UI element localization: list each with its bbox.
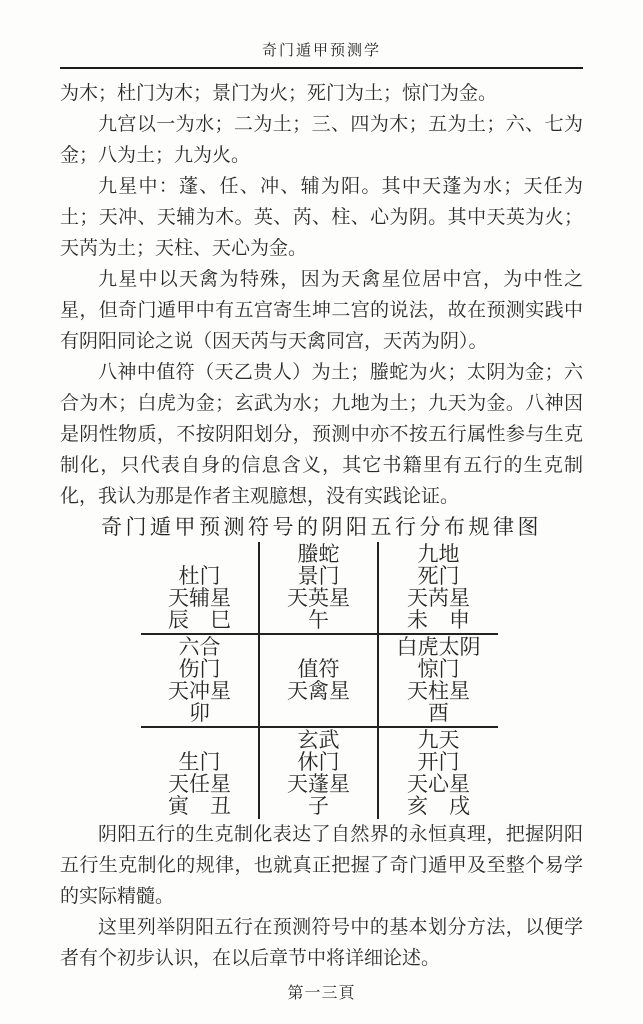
book-page: 奇门遁甲预测学 为木；杜门为木；景门为火；死门为土；惊门为金。 九宫以一为水；二… (0, 0, 643, 1024)
grid-line: 九地 (418, 543, 460, 565)
grid-line: 酉 (428, 702, 449, 724)
page-number: 第一三頁 (60, 980, 583, 1003)
grid-cell-northwest: 九天 开门 天心星 亥 戌 (379, 728, 498, 819)
grid-cell-center: 值符 天禽星 (260, 635, 379, 728)
grid-cell-west: 白虎太阴 惊门 天柱星 酉 (379, 635, 498, 728)
grid-line: 天心星 (407, 773, 470, 795)
grid-line: 午 (308, 609, 329, 631)
grid-line: 天辅星 (168, 587, 231, 609)
grid-line: 未 申 (407, 609, 470, 631)
grid-line: 天蓬星 (287, 773, 350, 795)
paragraph-yinyang-truth: 阴阳五行的生克制化表达了自然界的永恒真理，把握阴阳五行生克制化的规律，也就真正把… (60, 819, 583, 912)
grid-line: 玄武 (298, 729, 340, 751)
paragraph-tianqin: 九星中以天禽为特殊，因为天禽星位居中宫，为中性之星，但奇门遁甲中有五宫寄生坤二宫… (60, 264, 583, 357)
page-header: 奇门遁甲预测学 (60, 42, 583, 69)
grid-line: 开门 (418, 751, 460, 773)
body-text-top: 为木；杜门为木；景门为火；死门为土；惊门为金。 九宫以一为水；二为土；三、四为木… (60, 78, 583, 512)
grid-cell-east: 六合 伤门 天冲星 卯 (141, 635, 260, 728)
grid-cell-northeast: 生门 天任星 寅 丑 (141, 728, 260, 819)
paragraph-eight-deities: 八神中值符（天乙贵人）为土；螣蛇为火；太阴为金；六合为木；白虎为金；玄武为水；九… (60, 357, 583, 512)
grid-line: 生门 (179, 751, 221, 773)
grid-line: 天英星 (287, 587, 350, 609)
paragraph-nine-palaces: 九宫以一为水；二为土；三、四为木；五为土；六、七为金；八为土；九为火。 (60, 109, 583, 171)
grid-line: 死门 (418, 565, 460, 587)
grid-cell-southeast: 杜门 天辅星 辰 巳 (141, 542, 260, 635)
grid-line: 白虎太阴 (397, 636, 481, 658)
grid-line: 辰 巳 (168, 609, 231, 631)
header-title: 奇门遁甲预测学 (60, 42, 583, 60)
five-elements-grid: 杜门 天辅星 辰 巳 螣蛇 景门 天英星 午 九地 死门 天芮星 未 申 六合 … (141, 542, 502, 819)
paragraph-continuation: 为木；杜门为木；景门为火；死门为土；惊门为金。 (60, 78, 583, 109)
grid-line: 景门 (298, 565, 340, 587)
grid-cell-south: 螣蛇 景门 天英星 午 (260, 542, 379, 635)
grid-line: 亥 戌 (407, 795, 470, 817)
grid-line: 天柱星 (407, 680, 470, 702)
grid-line: 天任星 (168, 773, 231, 795)
grid-line: 天冲星 (168, 680, 231, 702)
header-rule (60, 67, 583, 69)
paragraph-nine-stars: 九星中：蓬、任、冲、辅为阳。其中天蓬为水；天任为土；天冲、天辅为木。英、芮、柱、… (60, 171, 583, 264)
grid-line: 六合 (179, 636, 221, 658)
figure-title: 奇门遁甲预测符号的阴阳五行分布规律图 (60, 512, 583, 542)
grid-line: 子 (308, 795, 329, 817)
grid-line: 卯 (189, 702, 210, 724)
body-text-bottom: 阴阳五行的生克制化表达了自然界的永恒真理，把握阴阳五行生克制化的规律，也就真正把… (60, 819, 583, 974)
grid-line: 螣蛇 (298, 543, 340, 565)
grid-line: 休门 (298, 751, 340, 773)
grid-line: 惊门 (418, 658, 460, 680)
grid-line: 伤门 (179, 658, 221, 680)
grid-line: 寅 丑 (168, 795, 231, 817)
grid-line: 天禽星 (287, 680, 350, 702)
grid-cell-north: 玄武 休门 天蓬星 子 (260, 728, 379, 819)
grid-line: 九天 (418, 729, 460, 751)
grid-cell-southwest: 九地 死门 天芮星 未 申 (379, 542, 498, 635)
grid-line: 杜门 (179, 565, 221, 587)
grid-line: 值符 (298, 658, 340, 680)
paragraph-closing: 这里列举阴阳五行在预测符号中的基本划分方法，以便学者有个初步认识，在以后章节中将… (60, 912, 583, 974)
grid-line: 天芮星 (407, 587, 470, 609)
